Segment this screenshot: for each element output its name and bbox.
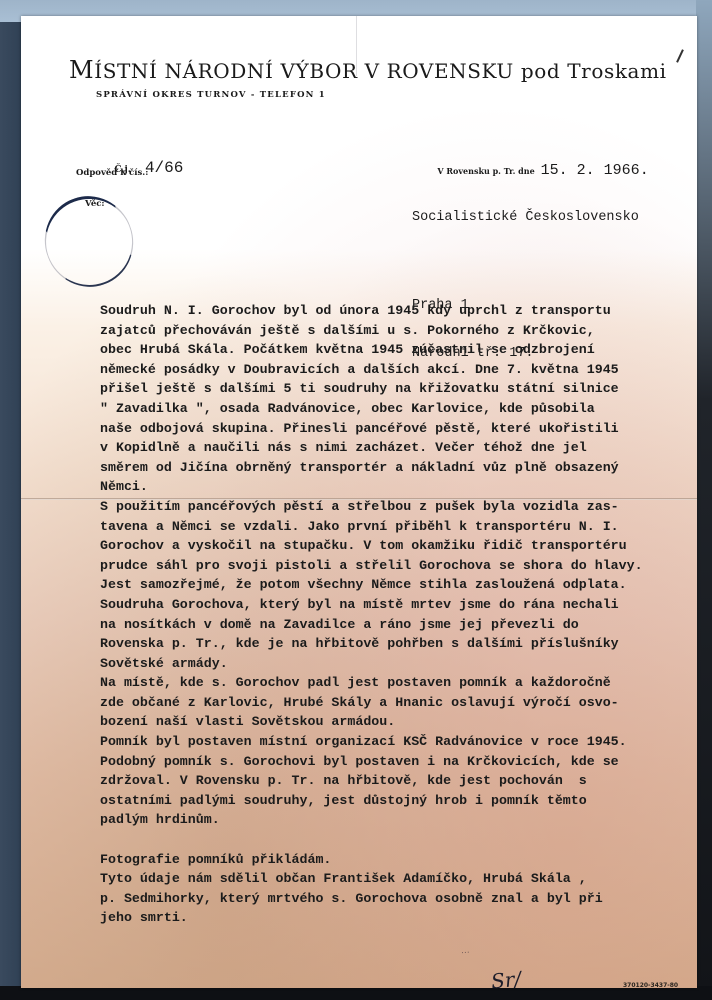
body-line: padlým hrdinům. xyxy=(100,810,710,830)
body-line: prudce sáhl pro svoji pistoli a střelil … xyxy=(100,556,710,576)
body-line: Pomník byl postaven místní organizací KS… xyxy=(100,732,710,752)
body-line: Podobný pomník s. Gorochovi byl postaven… xyxy=(100,752,710,772)
body-line: bození naší vlasti Sovětskou armádou. xyxy=(100,712,710,732)
letterhead-title-main: ÍSTNÍ NÁRODNÍ VÝBOR V ROVENSKU xyxy=(94,59,514,83)
handwritten-signature: Sr/ xyxy=(490,966,522,993)
body-line: p. Sedmihorky, který mrtvého s. Gorochov… xyxy=(100,889,710,909)
letterhead-title-suffix: pod Troskami xyxy=(521,59,667,83)
body-line: zdržoval. V Rovensku p. Tr. na hřbitově,… xyxy=(100,771,710,791)
date-value: 15. 2. 1966. xyxy=(541,162,649,179)
body-line xyxy=(100,830,710,850)
pencil-annotation: ... xyxy=(461,946,470,957)
body-line: Němci. xyxy=(100,477,710,497)
body-line: Sovětské armády. xyxy=(100,654,710,674)
body-line: Soudruha Gorochova, který byl na místě m… xyxy=(100,595,710,615)
background-surface-bottom xyxy=(0,986,712,1000)
body-line: jeho smrti. xyxy=(100,908,710,928)
place-date-label: V Rovensku p. Tr. dne xyxy=(437,166,534,176)
letterhead-title-initial: M xyxy=(69,56,94,84)
body-line: tavena a Němci se vzdali. Jako první při… xyxy=(100,517,710,537)
reference-value: 4/66 xyxy=(145,159,183,177)
body-line: zajatců přechováván ještě s dalšími u s.… xyxy=(100,321,710,341)
body-line: Fotografie pomníků přikládám. xyxy=(100,850,710,870)
letterhead-title: MÍSTNÍ NÁRODNÍ VÝBOR V ROVENSKU pod Tros… xyxy=(69,56,689,84)
print-code: 370120-3437-80 xyxy=(623,982,678,989)
body-line: Tyto údaje nám sdělil občan František Ad… xyxy=(100,869,710,889)
round-stamp-icon xyxy=(32,184,146,300)
reply-label: Odpověď k čís.: xyxy=(76,168,148,178)
body-line: v Kopidlně a naučili nás s nimi zacházet… xyxy=(100,438,710,458)
document-page: MÍSTNÍ NÁRODNÍ VÝBOR V ROVENSKU pod Tros… xyxy=(21,16,697,988)
body-line: Gorochov a vyskočil na stupačku. V tom o… xyxy=(100,536,710,556)
body-line: Jest samozřejmé, že potom všechny Němce … xyxy=(100,575,710,595)
body-line: na nosítkách v domě na Zavadilce a ráno … xyxy=(100,615,710,635)
body-line: S použitím pancéřových pěstí a střelbou … xyxy=(100,497,710,517)
body-line: Rovenska p. Tr., kde je na hřbitově pohř… xyxy=(100,634,710,654)
body-line: naše odbojová skupina. Přinesli pancéřov… xyxy=(100,419,710,439)
body-line: přišel ještě s dalšími 5 ti soudruhy na … xyxy=(100,379,710,399)
body-line: německé posádky v Doubravicích a dalších… xyxy=(100,360,710,380)
body-line: směrem od Jičína obrněný transportér a n… xyxy=(100,458,710,478)
body-line: obec Hrubá Skála. Počátkem května 1945 z… xyxy=(100,340,710,360)
body-line: Na místě, kde s. Gorochov padl jest post… xyxy=(100,673,710,693)
body-line: ostatními padlými soudruhy, jest důstojn… xyxy=(100,791,710,811)
letterhead-subtitle: SPRÁVNÍ OKRES TURNOV - TELEFON 1 xyxy=(96,90,326,100)
body-line: " Zavadilka ", osada Radvánovice, obec K… xyxy=(100,399,710,419)
body-line: Soudruh N. I. Gorochov byl od února 1945… xyxy=(100,301,710,321)
letter-body: Soudruh N. I. Gorochov byl od února 1945… xyxy=(100,301,710,928)
recipient-line: Socialistické Československo xyxy=(412,210,639,226)
body-line: zde občané z Karlovic, Hrubé Skály a Hna… xyxy=(100,693,710,713)
